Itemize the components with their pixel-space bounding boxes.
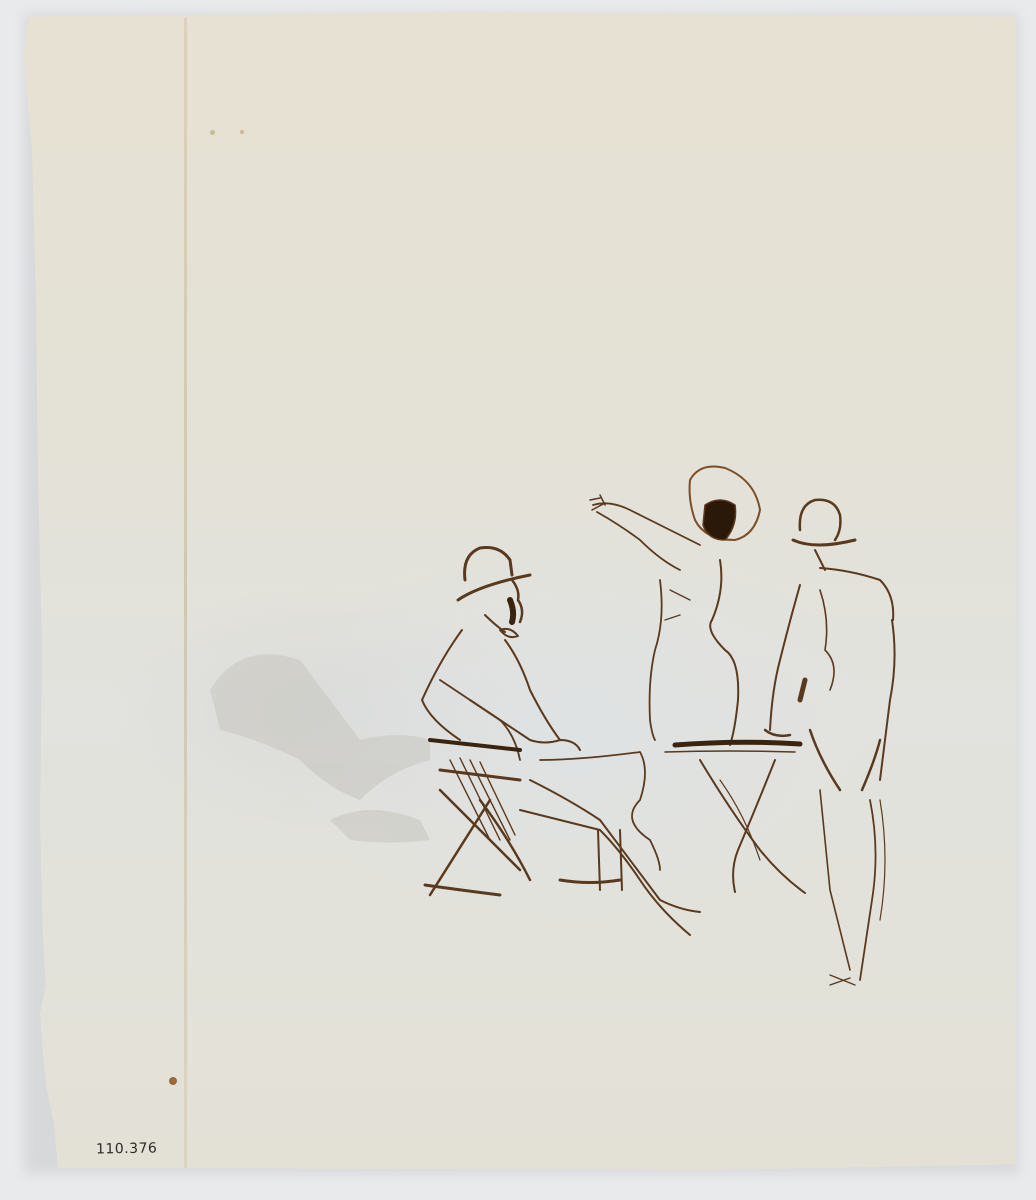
seated-man-figure (422, 548, 700, 936)
gesturing-woman-figure (590, 467, 760, 746)
ink-sketch (0, 0, 1036, 1200)
catalog-number: 110.376 (96, 1140, 158, 1157)
water-stain (210, 654, 430, 842)
cafe-table (665, 742, 805, 893)
